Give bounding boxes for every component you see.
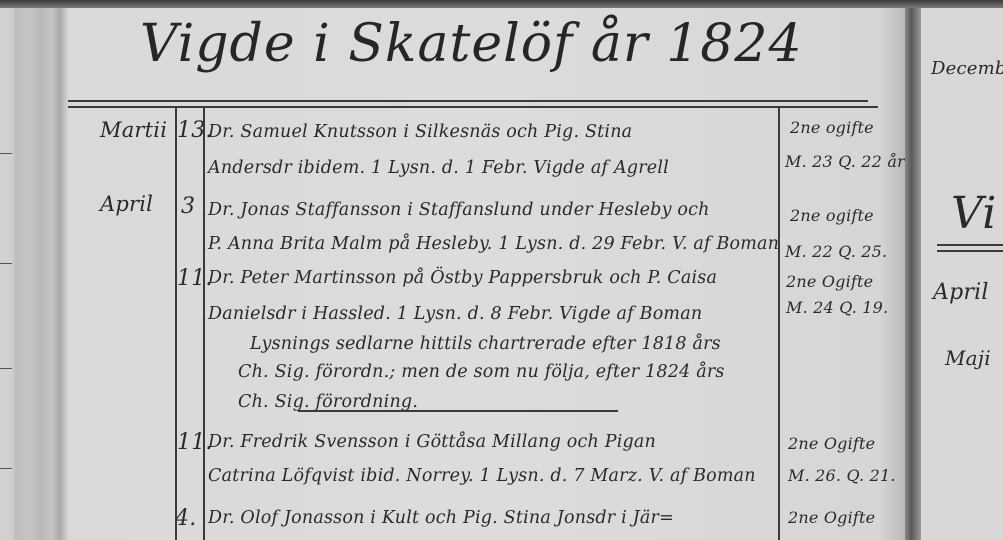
entry-line: Andersdr ibidem. 1 Lysn. d. 1 Febr. Vigd… bbox=[208, 158, 669, 178]
entry-line: P. Anna Brita Malm på Hesleby. 1 Lysn. d… bbox=[208, 234, 779, 254]
entry-line: Dr. Olof Jonasson i Kult och Pig. Stina … bbox=[208, 508, 674, 528]
facing-page-header-rule bbox=[937, 250, 1003, 252]
page-title: Vigde i Skatelöf år 1824 bbox=[140, 14, 803, 74]
entry-day: 3 bbox=[181, 194, 195, 219]
entry-status-note: 2ne Ogifte bbox=[786, 272, 873, 291]
column-rule-day bbox=[175, 108, 177, 540]
entry-line: Dr. Samuel Knutsson i Silkesnäs och Pig.… bbox=[208, 122, 632, 142]
column-rule-notes bbox=[778, 108, 780, 540]
edge-rule-mark bbox=[0, 468, 12, 469]
entry-status-note: 2ne ogifte bbox=[790, 118, 874, 137]
facing-page-month-label: Decemb bbox=[931, 58, 1003, 79]
entry-status-note: 2ne Ogifte bbox=[788, 508, 875, 527]
entry-age-note: M. 22 Q. 25. bbox=[785, 242, 887, 261]
entry-age-note: M. 24 Q. 19. bbox=[786, 298, 888, 317]
entry-line: Danielsdr i Hassled. 1 Lysn. d. 8 Febr. … bbox=[208, 304, 702, 324]
facing-page-header-rule bbox=[937, 244, 1003, 246]
entry-line: Lysnings sedlarne hittils chartrerade ef… bbox=[250, 334, 721, 354]
entry-line: Dr. Jonas Staffansson i Staffanslund und… bbox=[208, 200, 710, 220]
header-rule-bottom bbox=[68, 106, 878, 108]
facing-page: Decemb Vi April Maji bbox=[921, 8, 1003, 540]
edge-rule-mark bbox=[0, 263, 12, 264]
edge-rule-mark bbox=[0, 153, 12, 154]
entry-line: Ch. Sig. förordn.; men de som nu följa, … bbox=[238, 362, 725, 382]
edge-rule-mark bbox=[0, 368, 12, 369]
entry-line: Catrina Löfqvist ibid. Norrey. 1 Lysn. d… bbox=[208, 466, 756, 486]
facing-page-title-fragment: Vi bbox=[951, 188, 996, 239]
column-rule-text bbox=[203, 108, 205, 540]
entry-line: Ch. Sig. förordning. bbox=[238, 392, 418, 412]
header-rule-top bbox=[68, 100, 868, 102]
entry-day: 4. bbox=[175, 506, 196, 531]
entry-month: Martii bbox=[100, 118, 167, 142]
book-gutter bbox=[905, 8, 921, 540]
entry-line: Dr. Peter Martinsson på Östby Pappersbru… bbox=[208, 268, 717, 288]
previous-pages-edge bbox=[0, 8, 70, 540]
entry-line: Dr. Fredrik Svensson i Göttåsa Millang o… bbox=[208, 432, 656, 452]
entry-age-note: M. 23 Q. 22 år bbox=[785, 152, 905, 171]
facing-page-month: Maji bbox=[945, 346, 991, 370]
facing-page-month: April bbox=[933, 280, 989, 305]
entry-age-note: M. 26. Q. 21. bbox=[788, 466, 896, 485]
entry-month: April bbox=[100, 192, 153, 216]
entry-status-note: 2ne Ogifte bbox=[788, 434, 875, 453]
entry-separator-rule bbox=[298, 410, 618, 412]
entry-status-note: 2ne ogifte bbox=[790, 206, 874, 225]
